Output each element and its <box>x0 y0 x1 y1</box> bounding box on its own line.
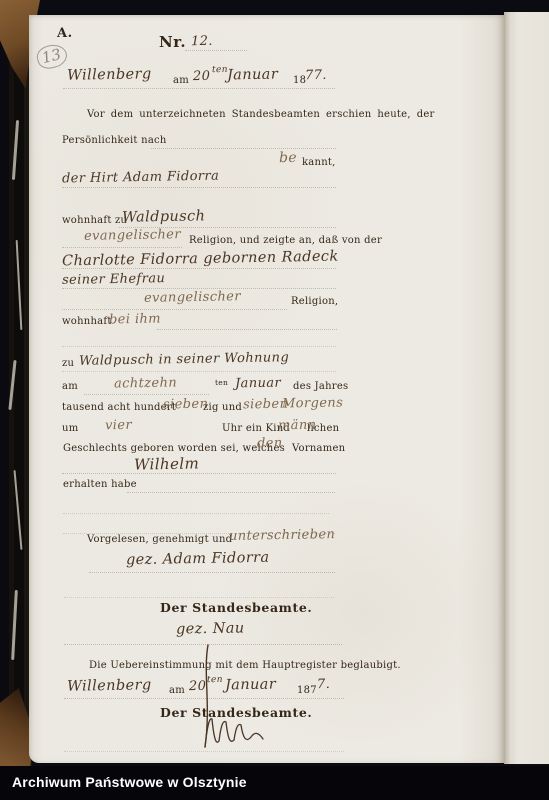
intro-line-2: Persönlichkeit nach <box>62 135 167 146</box>
approval-printed: Vorgelesen, genehmigt und <box>87 534 232 545</box>
ruling-line <box>62 346 336 347</box>
ruling-line <box>64 751 344 752</box>
book-spine <box>0 0 32 766</box>
approval-handwritten: unterschrieben <box>229 527 336 544</box>
ruling-line <box>62 288 336 289</box>
residence-label: wohnhaft zu <box>62 215 127 226</box>
year-written: 77. <box>305 68 327 83</box>
am-label: am <box>173 75 189 86</box>
ruling-line <box>62 309 287 310</box>
registrar-title-1: Der Standesbeamte. <box>160 600 312 615</box>
registry-day: 20 <box>193 69 211 84</box>
vornamen-article: den <box>257 436 283 451</box>
identity-known-printed: kannt, <box>302 157 336 168</box>
mother-religion: evangelischer <box>144 289 241 306</box>
certify-place: Willenberg <box>67 677 152 694</box>
registry-day-suffix: ten <box>212 65 228 75</box>
birthtime-daypart: Morgens <box>282 395 343 411</box>
declarant-name: der Hirt Adam Fidorra <box>62 169 220 187</box>
birthplace-value: Waldpusch in seiner Wohnung <box>79 350 289 369</box>
registrar-signature-1: gez. Nau <box>176 620 245 637</box>
certify-year-written: 7. <box>317 677 330 692</box>
ruling-line <box>62 247 182 248</box>
ruling-line <box>157 329 337 330</box>
birthyear-printed-2: zig und <box>203 402 242 413</box>
form-corner-letter: A. <box>57 26 73 41</box>
vornamen-label: Vornamen <box>292 443 345 454</box>
residence-value: Waldpusch <box>122 208 206 225</box>
ruling-line <box>64 597 334 598</box>
birthtime-um-label: um <box>62 423 78 434</box>
closing-printed-line: Geschlechts geboren worden sei, welches <box>63 443 285 454</box>
birthtime-hour: vier <box>105 418 132 433</box>
ruling-line <box>62 371 336 372</box>
birthplace-label: zu <box>62 358 74 369</box>
pencil-folio-number: 13 <box>35 42 70 72</box>
archive-name: Archiwum Państwowe w Olsztynie <box>12 774 247 790</box>
ruling-line <box>62 473 336 474</box>
residence2-label: wohnhaft <box>62 316 112 327</box>
birthdate-day: achtzehn <box>114 375 177 391</box>
record-number-value: 12. <box>191 34 213 49</box>
register-page: A. 13 Nr. 12. Willenberg am 20 ten Janua… <box>29 15 505 763</box>
identity-known-handwritten: be <box>279 150 297 166</box>
ruling-line <box>63 88 335 89</box>
birthdate-am-label: am <box>62 381 78 392</box>
certify-year-printed: 187 <box>297 685 317 696</box>
religion-printed-1: Religion, und zeigte an, daß von der <box>189 235 382 246</box>
registrar-signature-flourish <box>169 643 299 755</box>
ruling-line <box>62 268 336 269</box>
mother-name: Charlotte Fidorra gebornen Radeck <box>62 249 339 270</box>
ruling-line <box>127 492 335 493</box>
birthdate-year-label: des Jahres <box>293 381 348 392</box>
registry-month: Januar <box>227 67 278 84</box>
ruling-line <box>63 513 329 514</box>
registry-place: Willenberg <box>67 66 152 83</box>
ruling-line <box>185 50 247 51</box>
ruling-line <box>89 572 335 573</box>
ruling-line <box>84 394 209 395</box>
birthyear-printed-1: tausend acht hundert <box>62 402 176 413</box>
intro-line-1: Vor dem unterzeichneten Standesbeamten e… <box>87 109 435 120</box>
archive-caption-bar: Archiwum Państwowe w Olsztynie <box>0 766 549 800</box>
birthyear-tens: sieben <box>163 397 209 413</box>
birthdate-month: Januar <box>235 376 281 392</box>
ruling-line <box>151 148 336 149</box>
received-label: erhalten habe <box>63 479 137 490</box>
spouse-relation: seiner Ehefrau <box>62 271 165 288</box>
gender-printed-suffix: lichen <box>307 423 339 434</box>
facing-page-edge <box>504 12 549 764</box>
photographed-register-book: A. 13 Nr. 12. Willenberg am 20 ten Janua… <box>0 0 549 800</box>
child-first-name: Wilhelm <box>134 454 199 473</box>
residence2-value: bei ihm <box>109 312 161 328</box>
declarant-signature: gez. Adam Fidorra <box>126 550 270 569</box>
birthdate-day-suffix: ten <box>215 378 228 387</box>
declarant-religion: evangelischer <box>84 227 181 244</box>
ruling-line <box>62 187 336 188</box>
record-number-label: Nr. <box>159 33 186 51</box>
religion-printed-2: Religion, <box>291 296 338 307</box>
